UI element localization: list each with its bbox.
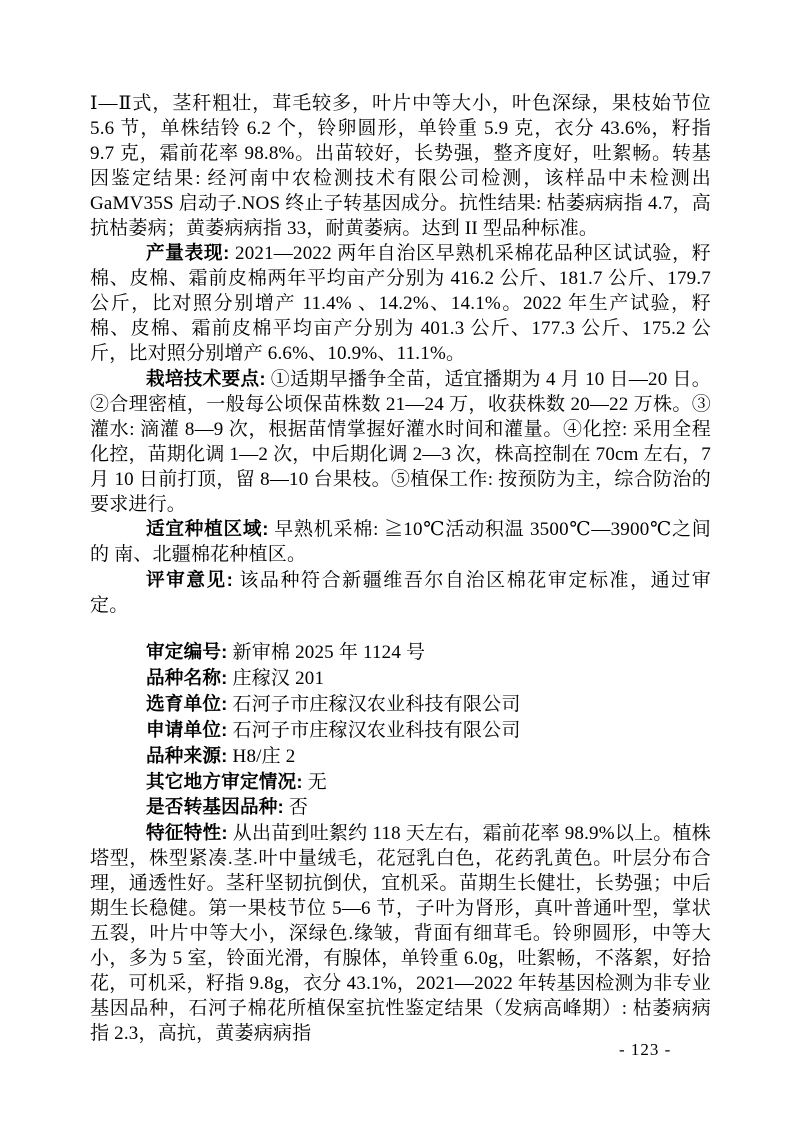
para-text: Ⅰ—Ⅱ式，茎秆粗壮，茸毛较多，叶片中等大小，叶色深绿，果枝始节位 5.6 节，单… <box>90 93 711 239</box>
section-label-yield: 产量表现: <box>146 242 230 263</box>
info-row-variety-origin: 品种来源: H8/庄 2 <box>90 744 711 770</box>
para-yield-performance: 产量表现: 2021—2022 两年自治区早熟机采棉花品种区试试验，籽棉、皮棉、… <box>90 241 711 367</box>
page-number: - 123 - <box>619 1040 671 1060</box>
section-label-traits: 特征特性: <box>146 822 228 843</box>
info-value: 石河子市庄稼汉农业科技有限公司 <box>228 720 521 741</box>
info-label: 品种来源: <box>146 745 228 766</box>
info-label: 申请单位: <box>146 719 228 740</box>
para-review-opinion: 评审意见: 该品种符合新疆维吾尔自治区棉花审定标准，通过审定。 <box>90 568 711 619</box>
info-row-applicant-unit: 申请单位: 石河子市庄稼汉农业科技有限公司 <box>90 718 711 744</box>
info-row-other-certifications: 其它地方审定情况: 无 <box>90 770 711 796</box>
certification-info-block: 审定编号: 新审棉 2025 年 1124 号 品种名称: 庄稼汉 201 选育… <box>90 640 711 821</box>
info-label: 选育单位: <box>146 693 228 714</box>
section-label-cultivation: 栽培技术要点: <box>146 368 266 389</box>
info-value: 无 <box>303 772 327 793</box>
section-label-review: 评审意见: <box>146 569 233 590</box>
info-label: 品种名称: <box>146 667 228 688</box>
info-label: 是否转基因品种: <box>146 796 284 817</box>
para-text: ①适期早播争全苗，适宜播期为 4 月 10 日—20 日。②合理密植，一般每公顷… <box>90 369 711 515</box>
para-text: 从出苗到吐絮约 118 天左右，霜前花率 98.9%以上。植株塔型，株型紧凑.茎… <box>90 823 711 1043</box>
info-label: 其它地方审定情况: <box>146 771 303 792</box>
document-content: Ⅰ—Ⅱ式，茎秆粗壮，茸毛较多，叶片中等大小，叶色深绿，果枝始节位 5.6 节，单… <box>90 92 711 1047</box>
info-value: H8/庄 2 <box>228 746 296 767</box>
info-label: 审定编号: <box>146 641 228 662</box>
info-value: 石河子市庄稼汉农业科技有限公司 <box>228 694 521 715</box>
document-page: Ⅰ—Ⅱ式，茎秆粗壮，茸毛较多，叶片中等大小，叶色深绿，果枝始节位 5.6 节，单… <box>0 0 793 1122</box>
para-suitable-planting-region: 适宜种植区域: 早熟机采棉: ≧10℃活动积温 3500℃—3900℃之间的 南… <box>90 517 711 568</box>
info-value: 否 <box>284 797 308 818</box>
info-row-certification-number: 审定编号: 新审棉 2025 年 1124 号 <box>90 640 711 666</box>
info-row-is-transgenic: 是否转基因品种: 否 <box>90 795 711 821</box>
para-characteristic-traits: 特征特性: 从出苗到吐絮约 118 天左右，霜前花率 98.9%以上。植株塔型，… <box>90 821 711 1046</box>
info-value: 新审棉 2025 年 1124 号 <box>228 642 426 663</box>
section-label-region: 适宜种植区域: <box>146 518 269 539</box>
info-value: 庄稼汉 201 <box>228 668 325 689</box>
info-row-variety-name: 品种名称: 庄稼汉 201 <box>90 666 711 692</box>
info-row-breeding-unit: 选育单位: 石河子市庄稼汉农业科技有限公司 <box>90 692 711 718</box>
para-cultivation-techniques: 栽培技术要点: ①适期早播争全苗，适宜播期为 4 月 10 日—20 日。②合理… <box>90 367 711 517</box>
para-variety-description-continued: Ⅰ—Ⅱ式，茎秆粗壮，茸毛较多，叶片中等大小，叶色深绿，果枝始节位 5.6 节，单… <box>90 92 711 241</box>
